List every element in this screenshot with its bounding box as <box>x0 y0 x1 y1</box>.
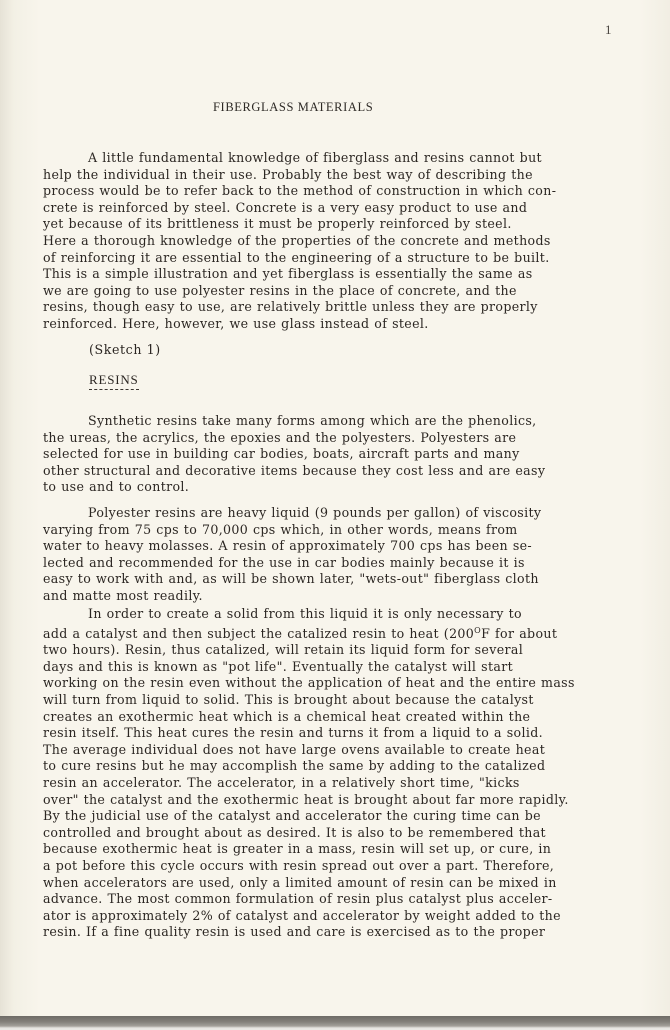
text-line: a pot before this cycle occurs with resi… <box>43 858 643 875</box>
text-line: because exothermic heat is greater in a … <box>43 841 643 858</box>
text-line: Polyester resins are heavy liquid (9 pou… <box>43 505 643 522</box>
text-line: water to heavy molasses. A resin of appr… <box>43 538 643 555</box>
text-line: to use and to control. <box>43 479 643 496</box>
text-fragment: add a catalyst and then subject the cata… <box>43 626 474 641</box>
text-line: reinforced. Here, however, we use glass … <box>43 316 643 333</box>
text-line: add a catalyst and then subject the cata… <box>43 623 643 643</box>
text-line: controlled and brought about as desired.… <box>43 825 643 842</box>
text-line: creates an exothermic heat which is a ch… <box>43 709 643 726</box>
document-title: FIBERGLASS MATERIALS <box>213 100 373 115</box>
resins-paragraph-3: In order to create a solid from this liq… <box>43 606 643 941</box>
text-line: In order to create a solid from this liq… <box>43 606 643 623</box>
text-line: Here a thorough knowledge of the propert… <box>43 233 643 250</box>
text-line: and matte most readily. <box>43 588 643 605</box>
text-line: A little fundamental knowledge of fiberg… <box>43 150 643 167</box>
text-line: process would be to refer back to the me… <box>43 183 643 200</box>
text-line: the ureas, the acrylics, the epoxies and… <box>43 430 643 447</box>
scan-bottom-edge <box>0 1016 670 1030</box>
text-line: easy to work with and, as will be shown … <box>43 571 643 588</box>
text-line: resin itself. This heat cures the resin … <box>43 725 643 742</box>
text-line: we are going to use polyester resins in … <box>43 283 643 300</box>
text-line: working on the resin even without the ap… <box>43 675 643 692</box>
text-line: resins, though easy to use, are relative… <box>43 299 643 316</box>
text-line: days and this is known as "pot life". Ev… <box>43 659 643 676</box>
text-line: over" the catalyst and the exothermic he… <box>43 792 643 809</box>
page-number: 1 <box>605 22 612 38</box>
text-line: resin an accelerator. The accelerator, i… <box>43 775 643 792</box>
text-line: two hours). Resin, thus catalized, will … <box>43 642 643 659</box>
text-line: to cure resins but he may accomplish the… <box>43 758 643 775</box>
text-line: selected for use in building car bodies,… <box>43 446 643 463</box>
text-line: advance. The most common formulation of … <box>43 891 643 908</box>
resins-paragraph-1: Synthetic resins take many forms among w… <box>43 413 643 496</box>
text-line: other structural and decorative items be… <box>43 463 643 480</box>
text-line: crete is reinforced by steel. Concrete i… <box>43 200 643 217</box>
text-line: resin. If a fine quality resin is used a… <box>43 924 643 941</box>
text-line: varying from 75 cps to 70,000 cps which,… <box>43 522 643 539</box>
text-line: will turn from liquid to solid. This is … <box>43 692 643 709</box>
text-line: Synthetic resins take many forms among w… <box>43 413 643 430</box>
text-line: when accelerators are used, only a limit… <box>43 875 643 892</box>
text-line: By the judicial use of the catalyst and … <box>43 808 643 825</box>
sketch-reference: (Sketch 1) <box>89 342 161 357</box>
intro-paragraph: A little fundamental knowledge of fiberg… <box>43 150 643 333</box>
text-line: of reinforcing it are essential to the e… <box>43 250 643 267</box>
text-line: The average individual does not have lar… <box>43 742 643 759</box>
text-line: This is a simple illustration and yet fi… <box>43 266 643 283</box>
text-line: help the individual in their use. Probab… <box>43 167 643 184</box>
section-heading-resins: RESINS <box>89 372 139 390</box>
text-line: ator is approximately 2% of catalyst and… <box>43 908 643 925</box>
resins-paragraph-2: Polyester resins are heavy liquid (9 pou… <box>43 505 643 605</box>
document-page: 1 FIBERGLASS MATERIALS A little fundamen… <box>0 0 670 1030</box>
text-fragment: F for about <box>481 626 557 641</box>
text-line: yet because of its brittleness it must b… <box>43 216 643 233</box>
text-line: lected and recommended for the use in ca… <box>43 555 643 572</box>
